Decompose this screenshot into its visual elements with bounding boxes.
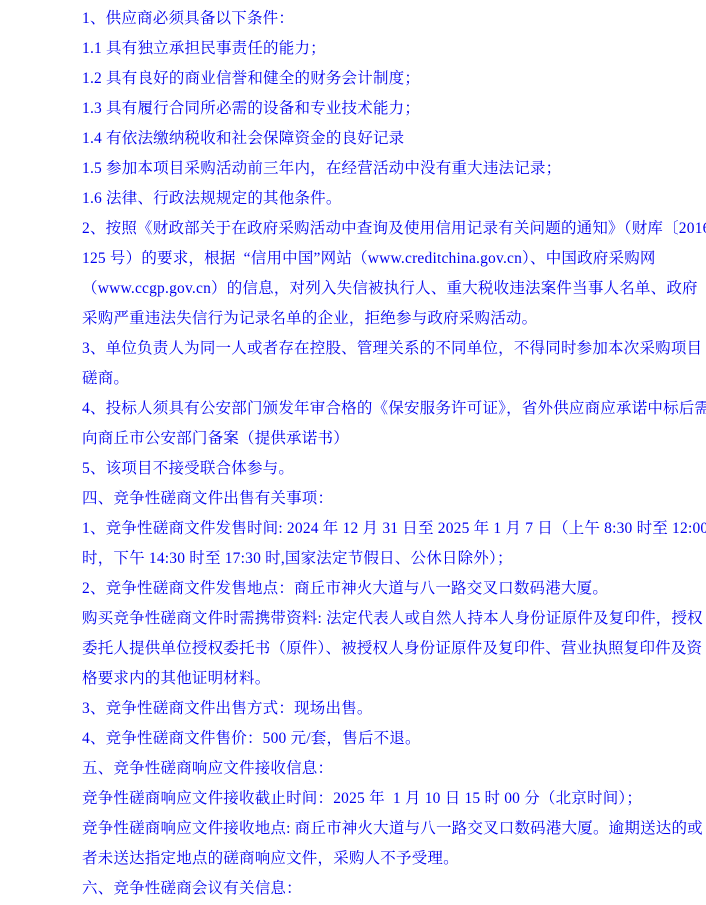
line-condition-1-4: 1.4 有依法缴纳税收和社会保障资金的良好记录 (82, 124, 650, 154)
line-sale-method: 3、竞争性磋商文件出售方式：现场出售。 (82, 694, 650, 724)
line-condition-1-2: 1.2 具有良好的商业信誉和健全的财务会计制度； (82, 64, 650, 94)
line-document-sale-place: 2、竞争性磋商文件发售地点：商丘市神火大道与八一路交叉口数码港大厦。 (82, 574, 650, 604)
line-condition-1-1: 1.1 具有独立承担民事责任的能力； (82, 34, 650, 64)
line-condition-1-6: 1.6 法律、行政法规规定的其他条件。 (82, 184, 650, 214)
line-security-license-clause-cont: 向商丘市公安部门备案（提供承诺书） (82, 424, 650, 454)
line-same-person-clause-cont: 磋商。 (82, 364, 650, 394)
line-security-license-clause: 4、投标人须具有公安部门颁发年审合格的《保安服务许可证》，省外供应商应承诺中标后… (82, 394, 650, 424)
line-document-price: 4、竞争性磋商文件售价：500 元/套，售后不退。 (82, 724, 650, 754)
line-credit-record-clause-cont-3: 采购严重违法失信行为记录名单的企业，拒绝参与政府采购活动。 (82, 304, 650, 334)
line-response-deadline: 竞争性磋商响应文件接收截止时间：2025 年 1 月 10 日 15 时 00 … (82, 784, 650, 814)
line-condition-1-5: 1.5 参加本项目采购活动前三年内，在经营活动中没有重大违法记录； (82, 154, 650, 184)
line-document-sale-time-cont: 时，下午 14:30 时至 17:30 时,国家法定节假日、公休日除外）； (82, 544, 650, 574)
line-purchase-materials-cont-2: 格要求内的其他证明材料。 (82, 664, 650, 694)
document-body: 1、供应商必须具备以下条件： 1.1 具有独立承担民事责任的能力； 1.2 具有… (0, 0, 706, 905)
line-credit-record-clause-cont-2: （www.ccgp.gov.cn）的信息，对列入失信被执行人、重大税收违法案件当… (82, 274, 650, 304)
line-purchase-materials: 购买竞争性磋商文件时需携带资料: 法定代表人或自然人持本人身份证原件及复印件，授… (82, 604, 650, 634)
line-supplier-conditions-heading: 1、供应商必须具备以下条件： (82, 4, 650, 34)
line-section-5-heading: 五、竞争性磋商响应文件接收信息： (82, 754, 650, 784)
page: { "page": { "background_color": "#FFFFFF… (0, 0, 706, 905)
line-credit-record-clause: 2、按照《财政部关于在政府采购活动中查询及使用信用记录有关问题的通知》（财库〔2… (82, 214, 650, 244)
line-same-person-clause: 3、单位负责人为同一人或者存在控股、管理关系的不同单位，不得同时参加本次采购项目 (82, 334, 650, 364)
line-document-sale-time: 1、竞争性磋商文件发售时间: 2024 年 12 月 31 日至 2025 年 … (82, 514, 650, 544)
line-section-6-heading: 六、竞争性磋商会议有关信息： (82, 874, 650, 904)
line-credit-record-clause-cont-1: 125 号）的要求，根据 “信用中国”网站（www.creditchina.go… (82, 244, 650, 274)
line-section-4-heading: 四、竞争性磋商文件出售有关事项： (82, 484, 650, 514)
line-purchase-materials-cont-1: 委托人提供单位授权委托书（原件）、被授权人身份证原件及复印件、营业执照复印件及资 (82, 634, 650, 664)
line-condition-1-3: 1.3 具有履行合同所必需的设备和专业技术能力； (82, 94, 650, 124)
line-no-consortium-clause: 5、该项目不接受联合体参与。 (82, 454, 650, 484)
line-response-place-cont: 者未送达指定地点的磋商响应文件，采购人不予受理。 (82, 844, 650, 874)
line-response-place: 竞争性磋商响应文件接收地点: 商丘市神火大道与八一路交叉口数码港大厦。逾期送达的… (82, 814, 650, 844)
